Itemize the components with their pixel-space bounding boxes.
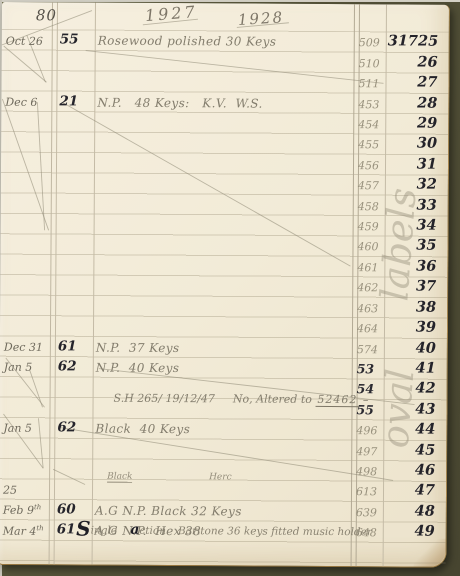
ink-initial: S [76, 516, 91, 540]
alteration-note: S.H 265/ 19/12/47No, Altered to 52462 – [99, 379, 368, 420]
ledger-row: 459 34 [1, 213, 448, 236]
serial-number: 41 [386, 359, 436, 376]
serial-number: 36 [386, 257, 436, 274]
serial-number: 38 [386, 298, 436, 315]
serial-number: 47 [385, 482, 435, 499]
works-number: 458 [358, 200, 379, 213]
ledger-row: Dec 6 21 N.P. 48 Keys: K.V. W.S. 453 28 [1, 90, 448, 113]
folio-number: 80 [36, 6, 57, 24]
works-number: 459 [358, 220, 379, 233]
entry-date: Feb 9th [3, 503, 41, 517]
model-number: 62 [58, 358, 77, 374]
model-number: 55 [60, 32, 79, 48]
serial-number: 37 [386, 278, 436, 295]
year-heading-1928: 1928 [237, 8, 284, 29]
works-number: 53 [357, 361, 374, 376]
pencil-note-black: Black [107, 472, 132, 483]
ledger-row: 461 36 [0, 253, 447, 276]
serial-number: 29 [387, 114, 437, 131]
serial-number: 39 [386, 318, 436, 335]
ledger-row: Dec 31 61 N.P. 37 Keys 574 40 [0, 335, 447, 358]
ledger-row: 464 39 [0, 315, 447, 338]
ledger-row: 458 33 [1, 192, 448, 215]
baritone-entry: Black Herc Single actionBaritone 36 keys… [63, 478, 372, 502]
entry-description: Rosewood polished 30 Keys [98, 34, 277, 49]
column-rules [2, 2, 449, 5]
ledger-row: Jan 5 62 Black 40 Keys 496 44 [0, 417, 446, 440]
works-number: 497 [356, 445, 377, 458]
works-number: 511 [358, 77, 379, 90]
reference-code: S.H 265/ 19/12/47 [114, 392, 215, 406]
works-number: 455 [358, 139, 379, 152]
serial-number: 48 [385, 502, 435, 519]
alteration-text: No, Altered to [233, 392, 316, 406]
serial-number: 40 [386, 339, 436, 356]
model-number: 61 [58, 338, 77, 354]
ledger-row: 456 31 [1, 151, 448, 174]
pencil-note-herc: Herc [209, 472, 232, 482]
serial-number: 34 [387, 216, 437, 233]
works-number: 574 [357, 343, 378, 356]
works-number: 496 [356, 424, 377, 437]
serial-number: 33 [387, 196, 437, 213]
entry-date: Dec 6 [5, 95, 37, 109]
ledger-row: 455 30 [1, 131, 448, 154]
ledger-row: 510 26 [2, 49, 449, 72]
entry-date: Jan 5 [3, 421, 32, 435]
word-action: ction [139, 525, 166, 537]
entry-date: Jan 5 [4, 360, 33, 374]
ledger-row: Oct 26 55 Rosewood polished 30 Keys 509 … [2, 29, 449, 52]
ledger-row: 460 35 [0, 233, 447, 256]
serial-number: 44 [385, 420, 435, 437]
entry-description: Black 40 Keys [95, 422, 190, 437]
serial-number: 43 [385, 400, 435, 417]
ledger-row: 463 38 [0, 294, 447, 317]
works-number: 464 [357, 322, 378, 335]
ledger-row: 497 45 [0, 437, 446, 460]
ledger-row: 511 27 [1, 70, 448, 93]
ledger-row: Jan 5 62 N.P. 40 Keys 53 41 [0, 355, 447, 378]
baritone-description: Baritone 36 keys fitted music holder [178, 525, 372, 538]
entry-date: 25 [3, 483, 17, 497]
entry-description: N.P. 48 Keys: K.V. W.S. [97, 95, 262, 110]
entry-date: Mar 4th [3, 524, 44, 538]
scanned-ledger-photo: { "document": { "folio": "80", "year_lef… [0, 0, 460, 576]
works-number: 453 [358, 98, 379, 111]
entry-date: Dec 31 [4, 340, 43, 354]
serial-number: 45 [385, 441, 435, 458]
works-number: 461 [357, 261, 378, 274]
serial-number: 32 [387, 176, 437, 193]
serial-number: 35 [386, 237, 436, 254]
works-number: 462 [357, 281, 378, 294]
word-single: ingle [91, 525, 121, 537]
serial-number: 31 [387, 155, 437, 172]
serial-number: 31725 [388, 33, 438, 50]
works-number: 460 [357, 241, 378, 254]
dash: – [359, 393, 368, 406]
entry-description: N.P. 40 Keys [96, 360, 180, 375]
ink-overwrite-a: a [130, 522, 139, 538]
ledger-row: 457 32 [1, 172, 448, 195]
works-number: 498 [356, 465, 377, 478]
year-heading-1927: 1927 [144, 2, 198, 25]
serial-number: 49 [385, 523, 435, 540]
ledger-rows: Oct 26 55 Rosewood polished 30 Keys 509 … [0, 29, 449, 542]
serial-number: 42 [386, 380, 436, 397]
ledger-row: 454 29 [1, 111, 448, 134]
serial-number: 28 [387, 94, 437, 111]
works-number: 510 [359, 57, 380, 70]
works-number: 463 [357, 302, 378, 315]
ledger-page: labels oval 80 1927 1928 Oct 26 55 Rosew… [0, 2, 450, 568]
model-number: 21 [59, 93, 78, 109]
model-number: 62 [57, 419, 76, 435]
works-number: 457 [358, 179, 379, 192]
works-number: 456 [358, 159, 379, 172]
ledger-row: 462 37 [0, 274, 447, 297]
serial-number: 30 [387, 135, 437, 152]
works-number: 509 [359, 37, 380, 50]
entry-date: Oct 26 [6, 34, 43, 48]
serial-number: 27 [387, 74, 437, 91]
serial-number: 26 [388, 53, 438, 70]
works-number: 454 [358, 118, 379, 131]
new-serial-number: 52462 [315, 393, 359, 407]
serial-number: 46 [385, 461, 435, 478]
entry-description: N.P. 37 Keys [96, 340, 180, 355]
